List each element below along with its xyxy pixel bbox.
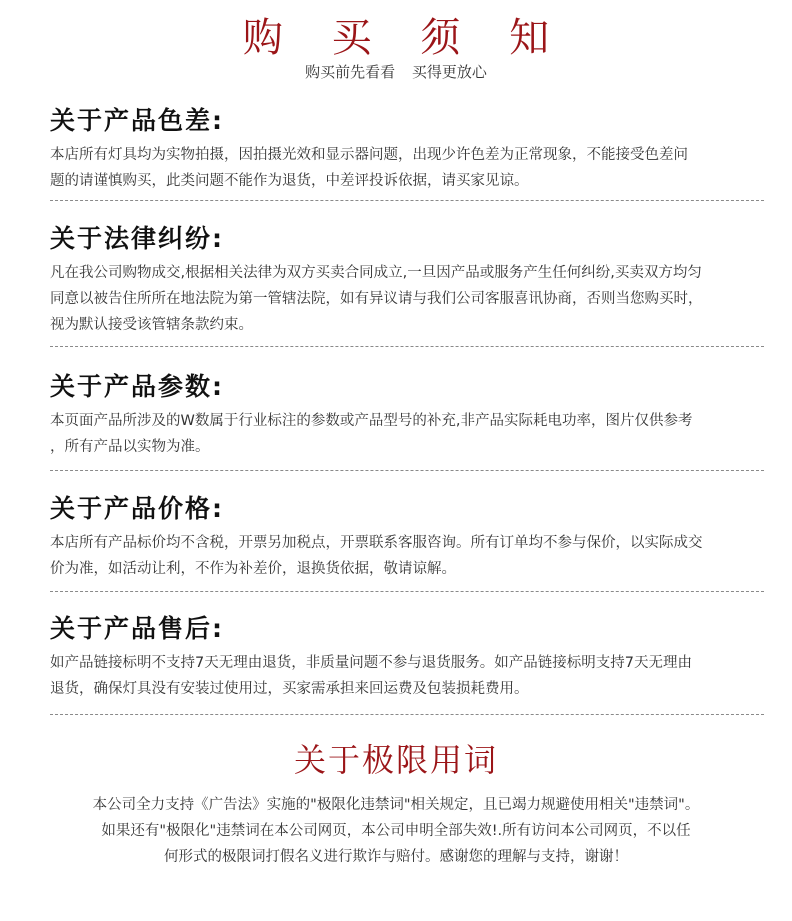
body-line: 退货，确保灯具没有安装过使用过，买家需承担来回运费及包装损耗费用。: [50, 676, 764, 702]
body-line: 本店所有灯具均为实物拍摄，因拍摄光效和显示器问题，出现少许色差为正常现象，不能接…: [50, 142, 764, 168]
section-heading: 关于产品色差:: [50, 104, 764, 138]
page-header: 购 买 须 知 购买前先看看 买得更放心: [0, 14, 792, 82]
body-line: 何形式的极限词打假名义进行欺诈与赔付。感谢您的理解与支持，谢谢！: [40, 844, 752, 870]
section-body: 本页面产品所涉及的W数属于行业标注的参数或产品型号的补充,非产品实际耗电功率，图…: [50, 408, 764, 460]
dashed-divider: [50, 591, 764, 592]
section-heading: 关于产品参数:: [50, 370, 764, 404]
body-line: 同意以被告住所所在地法院为第一管辖法院，如有异议请与我们公司客服喜讯协商，否则当…: [50, 286, 764, 312]
section-heading: 关于产品售后:: [50, 612, 764, 646]
body-line: 本公司全力支持《广告法》实施的"极限化违禁词"相关规定，且已竭力规避使用相关"违…: [40, 792, 752, 818]
section-heading: 关于产品价格:: [50, 492, 764, 526]
body-line: 价为准，如活动让利，不作为补差价，退换货依据，敬请谅解。: [50, 556, 764, 582]
dashed-divider: [50, 470, 764, 471]
body-line: 如产品链接标明不支持7天无理由退货，非质量问题不参与退货服务。如产品链接标明支持…: [50, 650, 764, 676]
dashed-divider: [50, 200, 764, 201]
section-legal-disputes: 关于法律纠纷: 凡在我公司购物成交,根据相关法律为双方买卖合同成立,一旦因产品或…: [50, 222, 764, 338]
dashed-divider: [50, 714, 764, 715]
page-title: 购 买 须 知: [0, 14, 792, 62]
section-after-sales: 关于产品售后: 如产品链接标明不支持7天无理由退货，非质量问题不参与退货服务。如…: [50, 612, 764, 702]
body-line: 本页面产品所涉及的W数属于行业标注的参数或产品型号的补充,非产品实际耗电功率，图…: [50, 408, 764, 434]
dashed-divider: [50, 346, 764, 347]
section-body: 本店所有灯具均为实物拍摄，因拍摄光效和显示器问题，出现少许色差为正常现象，不能接…: [50, 142, 764, 194]
limit-words-body: 本公司全力支持《广告法》实施的"极限化违禁词"相关规定，且已竭力规避使用相关"违…: [40, 792, 752, 870]
body-line: 如果还有"极限化"违禁词在本公司网页，本公司申明全部失效!.所有访问本公司网页，…: [40, 818, 752, 844]
section-body: 本店所有产品标价均不含税，开票另加税点，开票联系客服咨询。所有订单均不参与保价，…: [50, 530, 764, 582]
subtitle-right: 买得更放心: [412, 63, 487, 81]
body-line: 视为默认接受该管辖条款约束。: [50, 312, 764, 338]
body-line: ，所有产品以实物为准。: [50, 434, 764, 460]
subtitle-left: 购买前先看看: [305, 63, 395, 81]
section-body: 凡在我公司购物成交,根据相关法律为双方买卖合同成立,一旦因产品或服务产生任何纠纷…: [50, 260, 764, 338]
section-product-price: 关于产品价格: 本店所有产品标价均不含税，开票另加税点，开票联系客服咨询。所有订…: [50, 492, 764, 582]
section-color-difference: 关于产品色差: 本店所有灯具均为实物拍摄，因拍摄光效和显示器问题，出现少许色差为…: [50, 104, 764, 194]
body-line: 题的请谨慎购买，此类问题不能作为退货，中差评投诉依据，请买家见谅。: [50, 168, 764, 194]
page-subtitle: 购买前先看看 买得更放心: [0, 62, 792, 82]
limit-words-title: 关于极限用词: [0, 738, 792, 782]
section-product-parameters: 关于产品参数: 本页面产品所涉及的W数属于行业标注的参数或产品型号的补充,非产品…: [50, 370, 764, 460]
body-line: 本店所有产品标价均不含税，开票另加税点，开票联系客服咨询。所有订单均不参与保价，…: [50, 530, 764, 556]
section-body: 如产品链接标明不支持7天无理由退货，非质量问题不参与退货服务。如产品链接标明支持…: [50, 650, 764, 702]
body-line: 凡在我公司购物成交,根据相关法律为双方买卖合同成立,一旦因产品或服务产生任何纠纷…: [50, 260, 764, 286]
section-heading: 关于法律纠纷:: [50, 222, 764, 256]
